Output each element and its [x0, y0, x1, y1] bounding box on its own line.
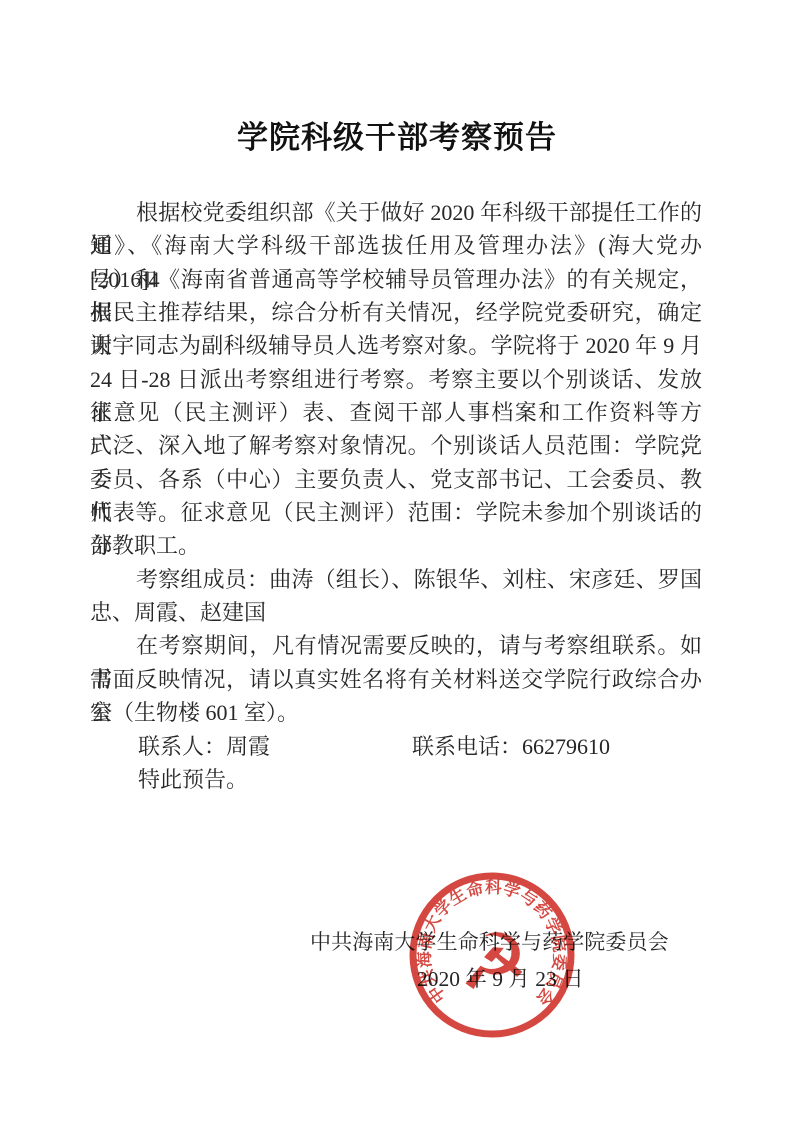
body-line: 24 日-28 日派出考察组进行考察。考察主要以个别谈话、发放征 [90, 363, 702, 396]
document-body: 根据校党委组织部《关于做好 2020 年科级干部提任工作的通 知》、《海南大学科… [90, 196, 702, 796]
body-line: 室（生物楼 601 室）。 [90, 696, 702, 729]
page-title: 学院科级干部考察预告 [0, 112, 794, 157]
body-line: 忠、周霞、赵建国 [90, 596, 702, 629]
body-line: 根据校党委组织部《关于做好 2020 年科级干部提任工作的通 [90, 196, 702, 229]
body-line: 号）和《海南省普通高等学校辅导员管理办法》的有关规定，根 [90, 263, 702, 296]
body-line: 考察组成员：曲涛（组长）、陈银华、刘柱、宋彦廷、罗国 [90, 563, 702, 596]
body-line: 在考察期间，凡有情况需要反映的，请与考察组联系。如需 [90, 629, 702, 662]
body-line: 据民主推荐结果，综合分析有关情况，经学院党委研究，确定谢 [90, 296, 702, 329]
contact-line: 联系人：周霞联系电话：66279610 [90, 730, 702, 763]
body-line: 天宇同志为副科级辅导员人选考察对象。学院将于 2020 年 9 月 [90, 329, 702, 362]
closing-line: 特此预告。 [90, 763, 702, 796]
contact-phone: 联系电话：66279610 [412, 734, 610, 759]
signature-committee: 中共海南大学生命科学与药学院委员会 [310, 926, 669, 956]
body-line: 广泛、深入地了解考察对象情况。个别谈话人员范围：学院党委 [90, 429, 702, 462]
body-line: 求意见（民主测评）表、查阅干部人事档案和工作资料等方式， [90, 396, 702, 429]
contact-person: 联系人：周霞 [138, 734, 270, 759]
document-page: 学院科级干部考察预告 根据校党委组织部《关于做好 2020 年科级干部提任工作的… [0, 0, 794, 1123]
body-line: 分教职工。 [90, 529, 702, 562]
signature-date: 2020 年 9 月 23 日 [417, 962, 584, 993]
body-line: 书面反映情况，请以真实姓名将有关材料送交学院行政综合办公 [90, 663, 702, 696]
body-line: 知》、《海南大学科级干部选拔任用及管理办法》(海大党办[2016]4 [90, 229, 702, 262]
body-line: 代表等。征求意见（民主测评）范围：学院未参加个别谈话的部 [90, 496, 702, 529]
body-line: 委员、各系（中心）主要负责人、党支部书记、工会委员、教师 [90, 463, 702, 496]
